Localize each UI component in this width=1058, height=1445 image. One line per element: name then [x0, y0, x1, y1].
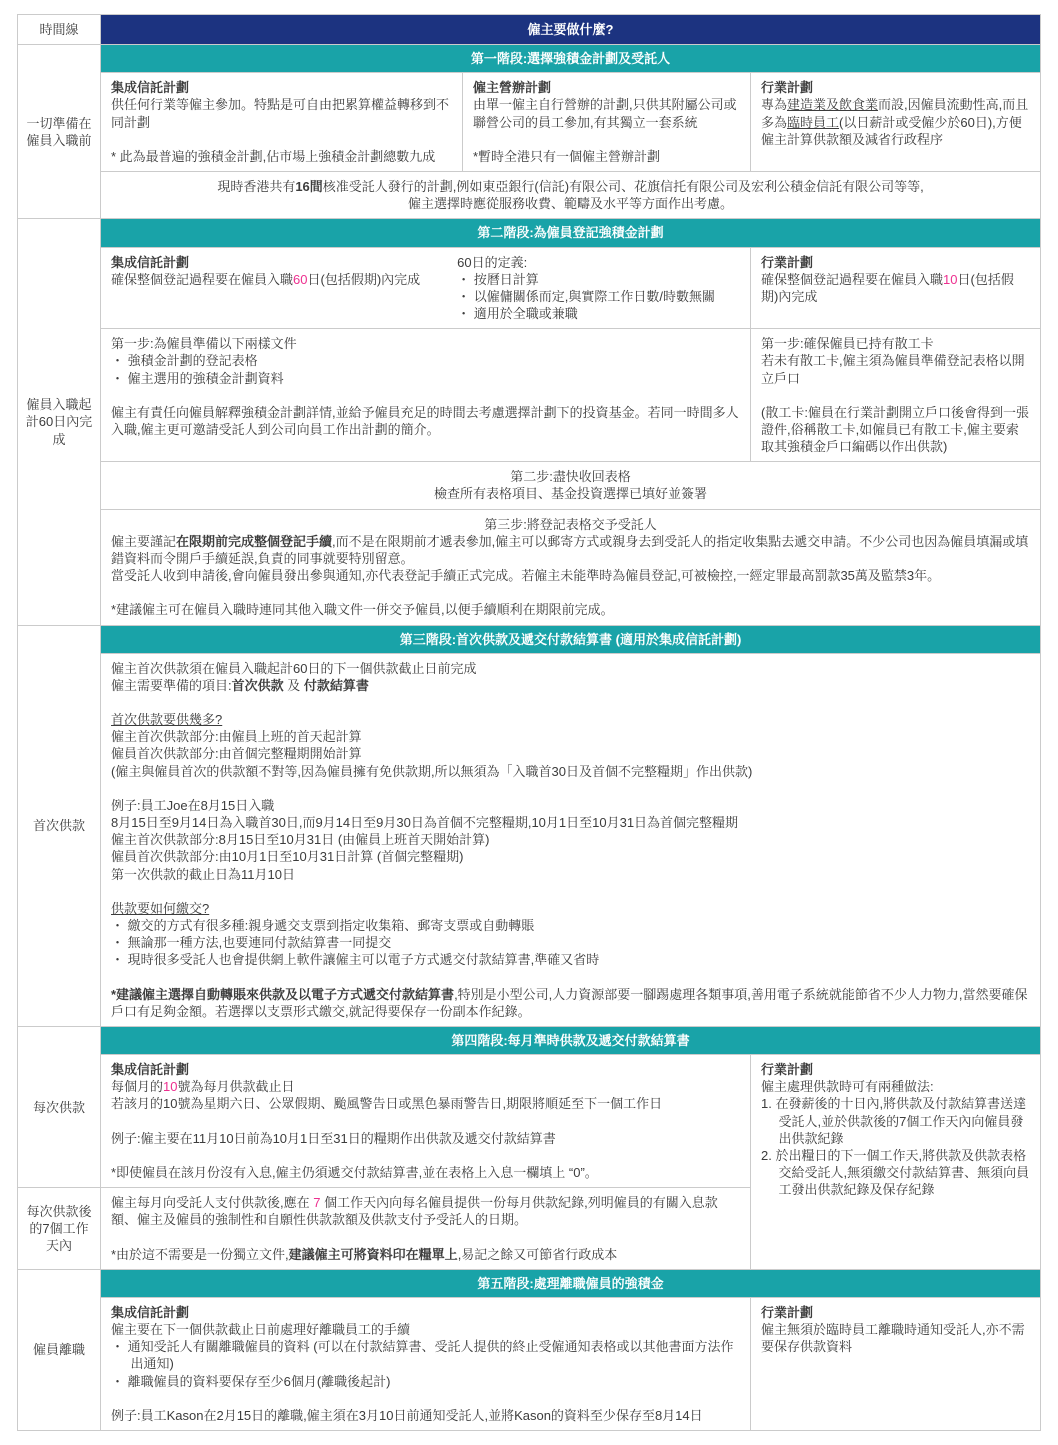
stage4-header: 第四階段:每月準時供款及遞交付款結算書	[101, 1027, 1040, 1054]
stage2-step3-cell: 第三步:將登記表格交予受託人僱主要謹記在限期前完成整個登記手續,而不是在限期前才…	[101, 510, 1040, 625]
stage2-master-trust-intro-cell: 集成信託計劃確保整個登記過程要在僱員入職60日(包括假期)內完成 60日的定義:…	[101, 248, 750, 329]
timeline-first-contribution: 首次供款	[18, 626, 100, 1026]
stage4-master-trust-cell: 集成信託計劃每個月的10號為每月供款截止日若該月的10號為星期六日、公眾假期、颱…	[101, 1055, 750, 1187]
stage3-first-contribution-cell: 僱主首次供款須在僱員入職起計60日的下一個供款截止日前完成僱主需要準備的項目:首…	[101, 654, 1040, 1026]
stage3-header: 第三階段:首次供款及遞交付款結算書 (適用於集成信託計劃)	[101, 626, 1040, 653]
stage2-industry-intro-cell: 行業計劃確保整個登記過程要在僱員入職10日(包括假期)內完成	[751, 248, 1040, 329]
stage1-employer-sponsored-cell: 僱主營辦計劃由單一僱主自行營辦的計劃,只供其附屬公司或聯營公司的員工參加,有其獨…	[463, 73, 750, 171]
stage2-header: 第二階段:為僱員登記強積金計劃	[101, 219, 1040, 246]
timeline-employee-departure: 僱員離職	[18, 1270, 100, 1430]
stage2-step2-cell: 第二步:盡快收回表格檢查所有表格項目、基金投資選擇已填好並簽署	[101, 462, 1040, 508]
stage2-60day-definition: 60日的定義:・ 按曆日計算・ 以僱傭關係而定,與實際工作日數/時數無關・ 適用…	[457, 254, 740, 323]
inline-link[interactable]: 供款要如何繳交?	[111, 901, 209, 916]
timeline-each-contribution: 每次供款	[18, 1027, 100, 1187]
stage2-step1-industry-cell: 第一步:確保僱員已持有散工卡若未有散工卡,僱主須為僱員準備登記表格以開立戶口 (…	[751, 329, 1040, 461]
timeline-column-header: 時間線	[18, 15, 100, 44]
timeline-60days-after-start: 僱員入職起計60日內完成	[18, 219, 100, 624]
stage1-header: 第一階段:選擇強積金計劃及受託人	[101, 45, 1040, 72]
stage5-industry-scheme-cell: 行業計劃僱主無須於臨時員工離職時通知受託人,亦不需要保存供款資料	[751, 1298, 1040, 1430]
mpf-obligation-table: 時間線 僱主要做什麼? 一切準備在僱員入職前 第一階段:選擇強積金計劃及受託人 …	[17, 14, 1041, 1431]
inline-link[interactable]: 建造業及飲食業	[787, 97, 878, 112]
inline-link[interactable]: 首次供款要供幾多?	[111, 712, 222, 727]
timeline-before-employment: 一切準備在僱員入職前	[18, 45, 100, 218]
timeline-7days-after-contribution: 每次供款後的7個工作天內	[18, 1188, 100, 1269]
stage5-header: 第五階段:處理離職僱員的強積金	[101, 1270, 1040, 1297]
stage4-contribution-record-cell: 僱主每月向受託人支付供款後,應在 7 個工作天內向每名僱員提供一份每月供款紀錄,…	[101, 1188, 750, 1269]
stage5-master-trust-cell: 集成信託計劃僱主要在下一個供款截止日前處理好離職員工的手續・ 通知受託人有關離職…	[101, 1298, 750, 1430]
stage2-master-trust-intro: 集成信託計劃確保整個登記過程要在僱員入職60日(包括假期)內完成	[111, 254, 443, 323]
stage1-industry-scheme-cell: 行業計劃專為建造業及飲食業而設,因僱員流動性高,而且多為臨時員工(以日薪計或受僱…	[751, 73, 1040, 171]
stage4-industry-scheme-cell: 行業計劃僱主處理供款時可有兩種做法:1. 在發薪後的十日內,將供款及付款結算書送…	[751, 1055, 1040, 1269]
table-title: 僱主要做什麼?	[101, 15, 1040, 44]
stage2-step1-master-cell: 第一步:為僱員準備以下兩樣文件・ 強積金計劃的登記表格・ 僱主選用的強積金計劃資…	[101, 329, 750, 461]
inline-link[interactable]: 臨時員工	[787, 115, 839, 130]
stage1-trustee-note: 現時香港共有16間核准受託人發行的計劃,例如東亞銀行(信託)有限公司、花旗信托有…	[101, 172, 1040, 218]
stage1-master-trust-cell: 集成信託計劃供任何行業等僱主參加。特點是可自由把累算權益轉移到不同計劃 * 此為…	[101, 73, 462, 171]
